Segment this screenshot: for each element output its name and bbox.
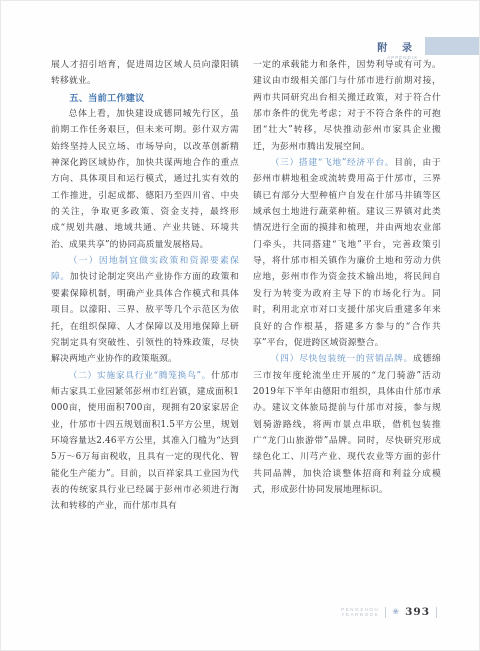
paragraph: 总体上看，加快建设成德同城先行区，虽前期工作任务艰巨，但未来可期。彭什双方需始终…	[51, 106, 239, 253]
page-footer: PENGZHOU YEARBOOK ❀ 393	[341, 606, 437, 618]
yearbook-brand: PENGZHOU YEARBOOK	[341, 607, 379, 618]
paragraph: （一）因地制宜做实政策和资源要素保障。加快讨论制定突出产业协作方面的政策和要素保…	[51, 253, 239, 367]
body-text: 成德绵三市按年度轮流坐庄开展的“龙门骑游”活动2019年下半年由德阳市组织，具体…	[253, 354, 441, 495]
body-text: 加快讨论制定突出产业协作方面的政策和要素保障机制，明确产业具体合作模式和具体项目…	[51, 272, 239, 364]
body-text: 总体上看，加快建设成德同城先行区，虽前期工作任务艰巨，但未来可期。彭什双方需始终…	[51, 109, 239, 250]
right-column: 一定的承载能力和条件，因势利导或有可为。建议由市级相关部门与什邡市进行前期对接，…	[253, 57, 441, 515]
paragraph-continuation: 一定的承载能力和条件，因势利导或有可为。建议由市级相关部门与什邡市进行前期对接，…	[253, 57, 441, 155]
document-page: 附 录 APPENDIX 展人才招引培育，促进周边区域人员向濛阳镇转移就业。 五…	[0, 0, 480, 651]
divider-bar	[436, 607, 437, 618]
body-text: 什邡市师古家具工业园紧邻彭州市红岩镇，建成面积1 000亩，使用面积700亩，现…	[51, 371, 239, 512]
paragraph: （四）尽快包装统一的营销品牌。成德绵三市按年度轮流坐庄开展的“龙门骑游”活动20…	[253, 351, 441, 498]
brand-line2: YEARBOOK	[341, 612, 379, 618]
section-title: 附 录	[377, 39, 418, 54]
subsection-lead: （四）尽快包装统一的营销品牌。	[271, 354, 413, 364]
paragraph: （二）实施家具行业“腾笼换鸟”。什邡市师古家具工业园紧邻彭州市红岩镇，建成面积1…	[51, 368, 239, 515]
page-content: 展人才招引培育，促进周边区域人员向濛阳镇转移就业。 五、当前工作建议 总体上看，…	[51, 57, 441, 515]
header-band-decoration	[425, 37, 479, 55]
paragraph: （三）搭建“飞地”经济平台。目前，由于彭州市耕地租金或流转费用高于什邡市，三界镇…	[253, 155, 441, 351]
divider-bar	[385, 607, 386, 618]
subsection-lead: （三）搭建“飞地”经济平台。	[271, 158, 395, 168]
subsection-lead: （二）实施家具行业“腾笼换鸟”。	[69, 371, 212, 381]
paragraph-continuation: 展人才招引培育，促进周边区域人员向濛阳镇转移就业。	[51, 57, 239, 90]
body-text: 一定的承载能力和条件，因势利导或有可为。建议由市级相关部门与什邡市进行前期对接，…	[253, 60, 441, 152]
body-text: 目前，由于彭州市耕地租金或流转费用高于什邡市，三界镇已有部分大型种植户自发在什邡…	[253, 158, 441, 348]
flower-icon: ❀	[392, 608, 399, 616]
body-text: 展人才招引培育，促进周边区域人员向濛阳镇转移就业。	[51, 60, 239, 86]
left-column: 展人才招引培育，促进周边区域人员向濛阳镇转移就业。 五、当前工作建议 总体上看，…	[51, 57, 239, 515]
page-number: 393	[405, 606, 430, 618]
section-heading: 五、当前工作建议	[51, 90, 239, 106]
